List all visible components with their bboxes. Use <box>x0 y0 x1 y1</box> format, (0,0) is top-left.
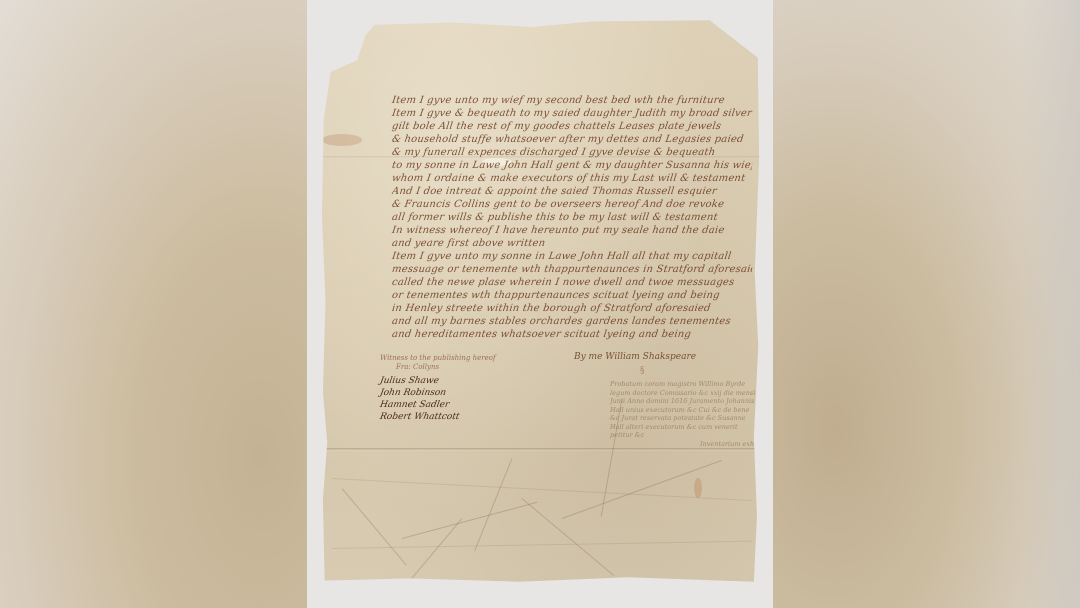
handwritten-line: or tenementes wth thappurtenaunces scitu… <box>391 289 753 302</box>
shakespeare-signature: By me William Shakspeare <box>574 352 696 362</box>
witness-heading: Witness to the publishing hereof <box>380 354 500 363</box>
witness-heading-2: Fra: Collyns <box>380 363 500 372</box>
image-panel: Item I gyve unto my wief my second best … <box>307 0 773 608</box>
handwritten-line: called the newe plase wherein I nowe dwe… <box>391 276 753 289</box>
witness-list: Witness to the publishing hereof Fra: Co… <box>380 354 500 423</box>
handwritten-line: & Frauncis Collins gent to be overseers … <box>391 198 753 211</box>
stain <box>694 478 702 498</box>
handwritten-line: in Henley streete within the borough of … <box>391 302 753 315</box>
handwritten-line: all former wills & publishe this to be m… <box>391 211 753 224</box>
handwritten-line: Item I gyve & bequeath to my saied daugh… <box>391 107 753 120</box>
witness-name: Robert Whattcott <box>379 411 501 423</box>
probate-line: &c Jurat reservata potestate &c Susanne <box>610 414 755 423</box>
signature-flourish: § <box>640 366 645 376</box>
stain <box>322 134 362 146</box>
crease <box>332 478 751 501</box>
crease <box>402 502 537 539</box>
handwritten-line: In witness whereof I have hereunto put m… <box>391 224 753 237</box>
probate-line: Inventarium exhibitum <box>610 440 755 449</box>
fold-line <box>322 448 760 451</box>
crease <box>522 498 615 576</box>
manuscript-page: Item I gyve unto my wief my second best … <box>322 18 760 584</box>
crease <box>342 488 407 565</box>
will-body-text: Item I gyve unto my wief my second best … <box>392 94 752 341</box>
probate-line: Junii Anno domini 1616 Juramento Johanni… <box>610 397 755 406</box>
handwritten-line: gilt bole All the rest of my goodes chat… <box>391 120 753 133</box>
handwritten-line: and all my barnes stables orchardes gard… <box>391 315 753 328</box>
handwritten-line: & my funerall expences discharged I gyve… <box>391 146 753 159</box>
handwritten-line: to my sonne in Lawe John Hall gent & my … <box>391 159 753 172</box>
handwritten-line: Item I gyve unto my wief my second best … <box>391 94 753 107</box>
witness-name: Hamnet Sadler <box>379 399 501 411</box>
probate-line: Probatum coram magistro Willimo Byrde <box>610 380 755 389</box>
handwritten-line: Item I gyve unto my sonne in Lawe John H… <box>391 250 753 263</box>
probate-annotation: Probatum coram magistro Willimo Byrde le… <box>610 380 755 448</box>
handwritten-line: & household stuffe whatsoever after my d… <box>391 133 753 146</box>
blurred-background-right <box>773 0 1080 608</box>
probate-line: Hall alteri executorum &c cum venerit <box>610 423 755 432</box>
handwritten-line: messuage or tenemente wth thappurtenaunc… <box>391 263 753 276</box>
crease <box>332 541 752 549</box>
handwritten-line: whom I ordaine & make executors of this … <box>391 172 753 185</box>
handwritten-line: And I doe intreat & appoint the saied Th… <box>391 185 753 198</box>
blurred-background-left <box>0 0 307 608</box>
witness-name: John Robinson <box>379 387 501 399</box>
probate-line: petitur &c <box>610 431 755 440</box>
crease <box>474 458 512 551</box>
probate-line: legum doctore Comissario &c xxij die men… <box>610 389 755 398</box>
witness-name: Julius Shawe <box>379 375 501 387</box>
handwritten-line: and yeare first above written <box>391 237 753 250</box>
probate-line: Hall unius executorum &c Cui &c de bene <box>610 406 755 415</box>
handwritten-line: and hereditamentes whatsoever scituat ly… <box>391 328 753 341</box>
